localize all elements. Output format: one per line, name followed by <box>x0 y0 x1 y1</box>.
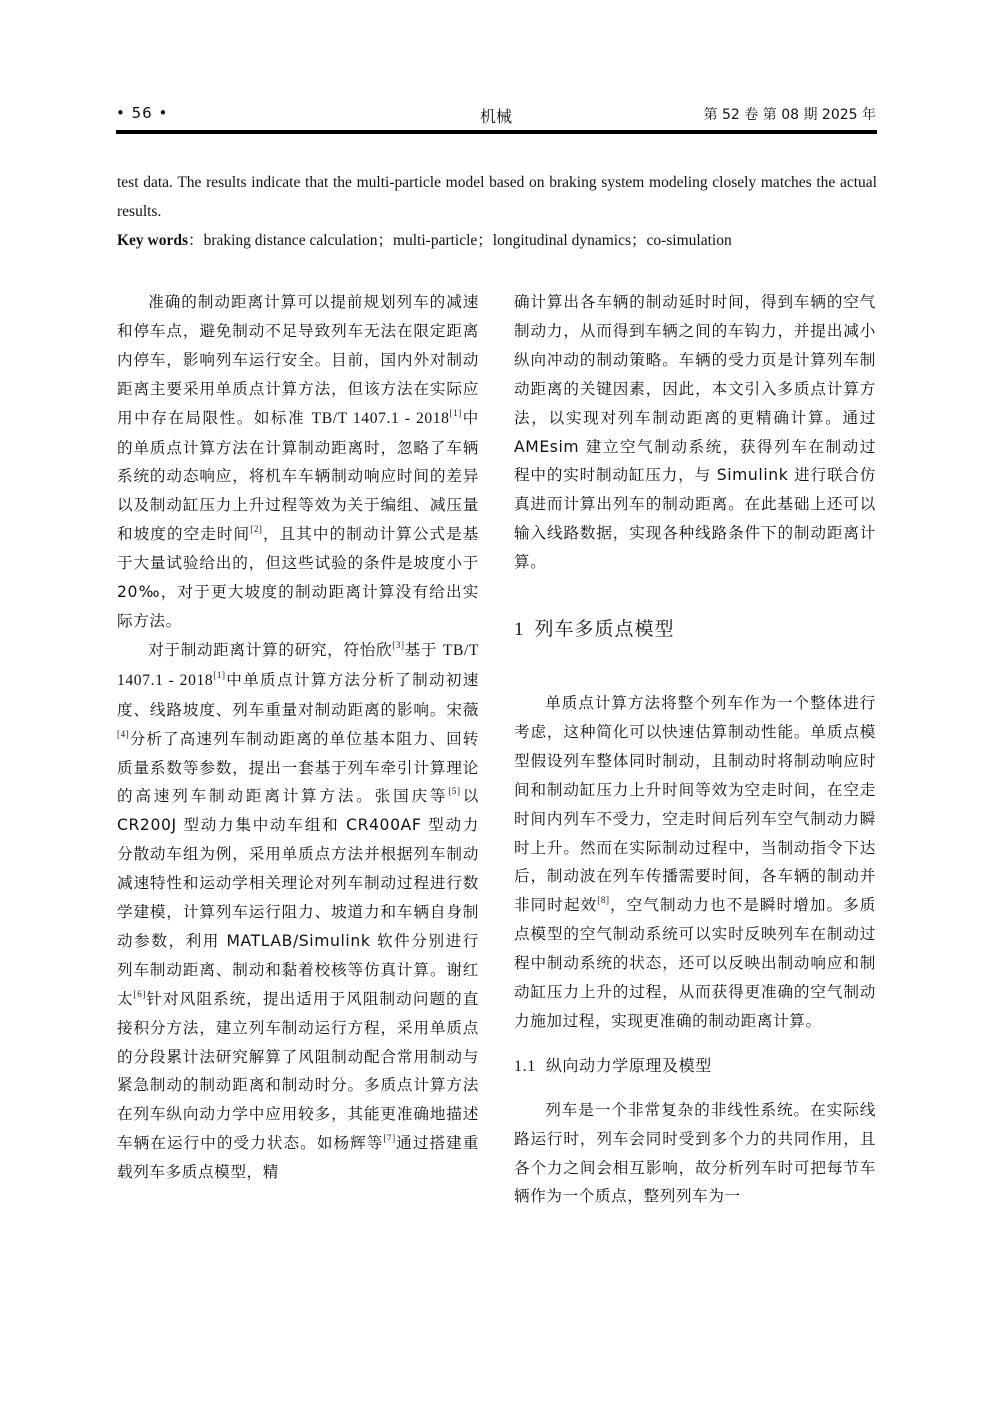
keywords-list: braking distance calculation；multi-parti… <box>204 232 732 249</box>
intro-paragraph-1: 准确的制动距离计算可以提前规划列车的减速和停车点，避免制动不足导致列车无法在限定… <box>117 288 479 636</box>
section-1-paragraph: 单质点计算方法将整个列车作为一个整体进行考虑，这种简化可以快速估算制动性能。单质… <box>514 689 876 1036</box>
standard-ref: TB/T 1407.1 - 2018 <box>312 410 450 427</box>
citation: [1] <box>213 670 225 680</box>
citation: [5] <box>448 786 460 796</box>
keywords-line: Key words：braking distance calculation；m… <box>117 226 877 255</box>
citation: [4] <box>117 729 129 739</box>
subsection-heading-1-1: 1.1纵向动力学原理及模型 <box>514 1052 876 1082</box>
intro-paragraph-2: 对于制动距离计算的研究，符怡欣[3]基于 TB/T 1407.1 - 2018[… <box>117 636 479 1187</box>
issue-info: 第 52 卷 第 08 期 2025 年 <box>704 104 876 124</box>
subsection-1-1-paragraph: 列车是一个非常复杂的非线性系统。在实际线路运行时，列车会同时受到多个力的共同作用… <box>514 1096 876 1212</box>
section-number: 1 <box>514 619 525 640</box>
keywords-label: Key words <box>117 232 188 249</box>
keywords-separator: ： <box>188 232 204 249</box>
section-heading-1: 1列车多质点模型 <box>514 615 876 645</box>
intro-paragraph-3: 确计算出各车辆的制动延时时间，得到车辆的空气制动力，从而得到车辆之间的车钩力，并… <box>514 288 876 577</box>
abstract-text: test data. The results indicate that the… <box>117 168 877 226</box>
section-title: 列车多质点模型 <box>535 618 675 640</box>
citation: [3] <box>392 640 404 650</box>
citation: [1] <box>450 408 462 418</box>
running-header: • 56 • 机械 第 52 卷 第 08 期 2025 年 <box>116 104 876 128</box>
left-column: 准确的制动距离计算可以提前规划列车的减速和停车点，避免制动不足导致列车无法在限定… <box>117 288 479 1187</box>
citation: [6] <box>134 989 146 999</box>
subsection-number: 1.1 <box>514 1058 536 1075</box>
abstract-tail: test data. The results indicate that the… <box>117 168 877 255</box>
citation: [2] <box>250 524 262 534</box>
citation: [7] <box>383 1133 395 1143</box>
right-column: 确计算出各车辆的制动延时时间，得到车辆的空气制动力，从而得到车辆之间的车钩力，并… <box>514 288 876 1211</box>
subsection-title: 纵向动力学原理及模型 <box>546 1056 712 1075</box>
header-rule <box>116 130 877 134</box>
citation: [8] <box>597 895 609 905</box>
